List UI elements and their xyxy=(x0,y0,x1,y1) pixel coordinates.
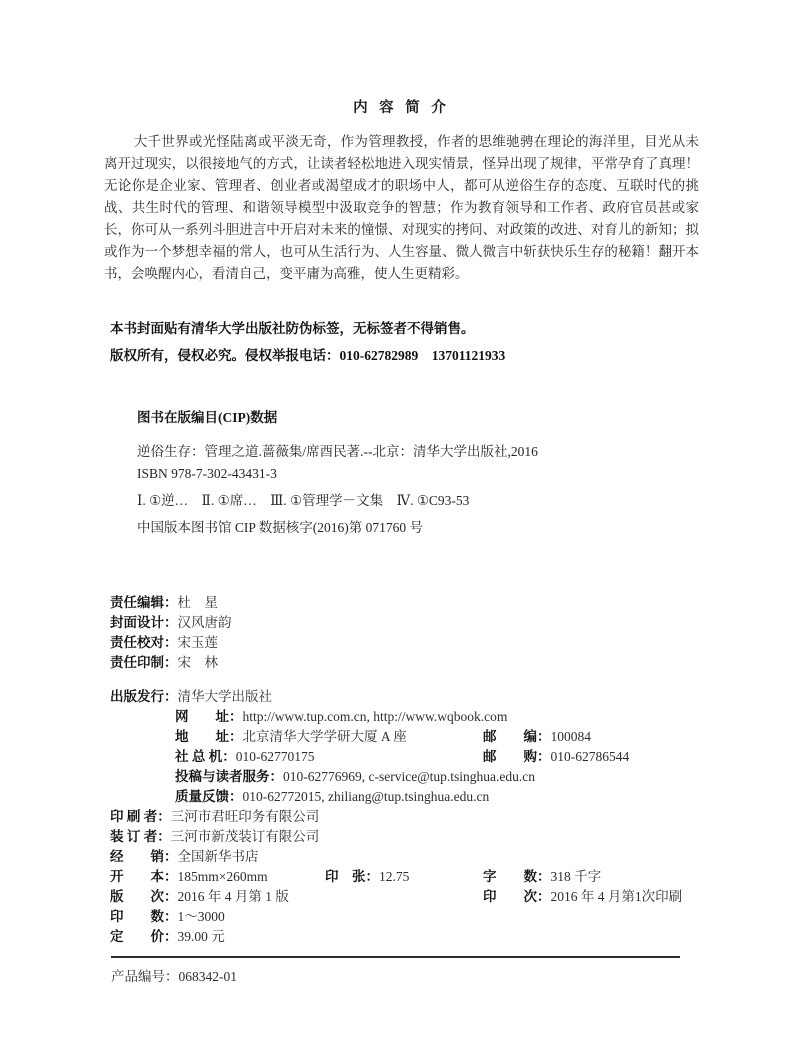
copyright-report-line: 版权所有，侵权必究。侵权举报电话：010-62782989 1370112193… xyxy=(110,342,699,369)
credit-label: 责任校对： xyxy=(110,635,178,650)
cip-isbn: ISBN 978-7-302-43431-3 xyxy=(137,463,699,485)
colophon-block: 出版发行：清华大学出版社 网 址：http://www.tup.com.cn, … xyxy=(110,687,699,947)
reader-service-contact: 010-62776969, c-service@tup.tsinghua.edu… xyxy=(283,769,535,784)
cip-record-number: 中国版本图书馆 CIP 数据核字(2016)第 071760 号 xyxy=(137,517,699,539)
content-summary-paragraph: 大千世界或光怪陆离或平淡无奇，作为管理教授，作者的思维驰骋在理论的海洋里，目光从… xyxy=(104,131,699,285)
switchboard-phone: 010-62770175 xyxy=(236,749,315,764)
credit-value: 汉风唐韵 xyxy=(178,615,232,630)
impression-value: 2016 年 4 月第1次印刷 xyxy=(551,889,683,904)
edition-value: 2016 年 4 月第 1 版 xyxy=(178,889,289,904)
credit-row-editor: 责任编辑：杜 星 xyxy=(110,593,699,613)
book-format: 185mm×260mm xyxy=(178,869,268,884)
colophon-row-print-run: 印 数：1～3000 xyxy=(110,907,699,927)
colophon-row-printer: 印 刷 者：三河市君旺印务有限公司 xyxy=(110,807,699,827)
colophon-label: 质量反馈： xyxy=(175,789,243,804)
print-run-value: 1～3000 xyxy=(178,909,225,924)
cip-title-line: 逆俗生存：管理之道.蔷薇集/席酉民著.--北京：清华大学出版社,2016 xyxy=(137,441,699,463)
word-count-value: 318 千字 xyxy=(551,869,602,884)
product-number-value: 068342-01 xyxy=(179,969,238,984)
colophon-row-publisher: 出版发行：清华大学出版社 xyxy=(110,687,699,707)
cip-header: 图书在版编目(CIP)数据 xyxy=(137,407,699,429)
publisher-website: http://www.tup.com.cn, http://www.wqbook… xyxy=(243,709,508,724)
credit-value: 宋 林 xyxy=(178,655,219,670)
credit-row-print-supervisor: 责任印制：宋 林 xyxy=(110,653,699,673)
colophon-label: 版 次： xyxy=(110,889,178,904)
colophon-label: 社 总 机： xyxy=(175,749,236,764)
quality-feedback-contact: 010-62772015, zhiliang@tup.tsinghua.edu.… xyxy=(243,789,490,804)
price-value: 39.00 元 xyxy=(178,929,225,944)
copyright-page: 内 容 简 介 大千世界或光怪陆离或平淡无奇，作为管理教授，作者的思维驰骋在理论… xyxy=(0,0,795,1051)
colophon-label: 邮 购： xyxy=(483,749,551,764)
mail-order-phone: 010-62786544 xyxy=(551,749,630,764)
content-summary-title: 内 容 简 介 xyxy=(104,0,699,117)
postcode-cell: 邮 编：100084 xyxy=(483,727,591,747)
colophon-label: 网 址： xyxy=(175,709,243,724)
credit-label: 责任编辑： xyxy=(110,595,178,610)
word-count-cell: 字 数：318 千字 xyxy=(483,867,601,887)
credit-row-proofreader: 责任校对：宋玉莲 xyxy=(110,633,699,653)
colophon-row-format: 开 本：185mm×260mm 印 张：12.75 字 数：318 千字 xyxy=(110,867,699,887)
colophon-label: 印 数： xyxy=(110,909,178,924)
colophon-row-reader-service: 投稿与读者服务：010-62776969, c-service@tup.tsin… xyxy=(110,767,699,787)
colophon-row-website: 网 址：http://www.tup.com.cn, http://www.wq… xyxy=(110,707,699,727)
postcode-value: 100084 xyxy=(551,729,592,744)
distributor-name: 全国新华书店 xyxy=(178,849,259,864)
colophon-row-address: 地 址：北京清华大学学研大厦 A 座 邮 编：100084 xyxy=(110,727,699,747)
colophon-row-binder: 装 订 者：三河市新茂装订有限公司 xyxy=(110,827,699,847)
colophon-label: 投稿与读者服务： xyxy=(175,769,283,784)
cip-data-block: 图书在版编目(CIP)数据 逆俗生存：管理之道.蔷薇集/席酉民著.--北京：清华… xyxy=(137,407,699,539)
credit-row-cover-design: 封面设计：汉风唐韵 xyxy=(110,613,699,633)
colophon-label: 装 订 者： xyxy=(110,829,171,844)
colophon-row-switchboard: 社 总 机：010-62770175 邮 购：010-62786544 xyxy=(110,747,699,767)
credit-label: 责任印制： xyxy=(110,655,178,670)
product-number-line: 产品编号：068342-01 xyxy=(111,965,699,985)
colophon-row-quality-feedback: 质量反馈：010-62772015, zhiliang@tup.tsinghua… xyxy=(110,787,699,807)
product-number-label: 产品编号： xyxy=(111,969,179,984)
colophon-label: 地 址： xyxy=(175,729,243,744)
credit-value: 杜 星 xyxy=(178,595,219,610)
colophon-label: 印 次： xyxy=(483,889,551,904)
page-content: 内 容 简 介 大千世界或光怪陆离或平淡无奇，作为管理教授，作者的思维驰骋在理论… xyxy=(0,0,795,985)
binder-name: 三河市新茂装订有限公司 xyxy=(171,829,320,844)
cip-classification: Ⅰ. ①逆… Ⅱ. ①席… Ⅲ. ①管理学－文集 Ⅳ. ①C93-53 xyxy=(137,490,699,512)
publisher-address: 北京清华大学学研大厦 A 座 xyxy=(243,729,407,744)
credit-label: 封面设计： xyxy=(110,615,178,630)
colophon-label: 出版发行： xyxy=(110,689,178,704)
colophon-label: 经 销： xyxy=(110,849,178,864)
credit-value: 宋玉莲 xyxy=(178,635,219,650)
anti-counterfeit-label-line: 本书封面贴有清华大学出版社防伪标签，无标签者不得销售。 xyxy=(110,315,699,342)
mail-order-cell: 邮 购：010-62786544 xyxy=(483,747,629,767)
printer-name: 三河市君旺印务有限公司 xyxy=(171,809,320,824)
colophon-label: 字 数： xyxy=(483,869,551,884)
colophon-label: 定 价： xyxy=(110,929,178,944)
printed-sheets-value: 12.75 xyxy=(379,869,409,884)
colophon-label: 开 本： xyxy=(110,869,178,884)
printed-sheets-cell: 印 张：12.75 xyxy=(325,867,409,887)
impression-cell: 印 次：2016 年 4 月第1次印刷 xyxy=(483,887,682,907)
staff-credits-block: 责任编辑：杜 星 封面设计：汉风唐韵 责任校对：宋玉莲 责任印制：宋 林 xyxy=(110,593,699,673)
colophon-label: 邮 编： xyxy=(483,729,551,744)
colophon-label: 印 张： xyxy=(325,869,379,884)
anti-piracy-notice: 本书封面贴有清华大学出版社防伪标签，无标签者不得销售。 版权所有，侵权必究。侵权… xyxy=(110,315,699,369)
colophon-row-distributor: 经 销：全国新华书店 xyxy=(110,847,699,867)
colophon-row-edition: 版 次：2016 年 4 月第 1 版 印 次：2016 年 4 月第1次印刷 xyxy=(110,887,699,907)
divider-rule xyxy=(111,956,680,958)
colophon-label: 印 刷 者： xyxy=(110,809,171,824)
colophon-value: 清华大学出版社 xyxy=(178,689,273,704)
colophon-row-price: 定 价：39.00 元 xyxy=(110,927,699,947)
